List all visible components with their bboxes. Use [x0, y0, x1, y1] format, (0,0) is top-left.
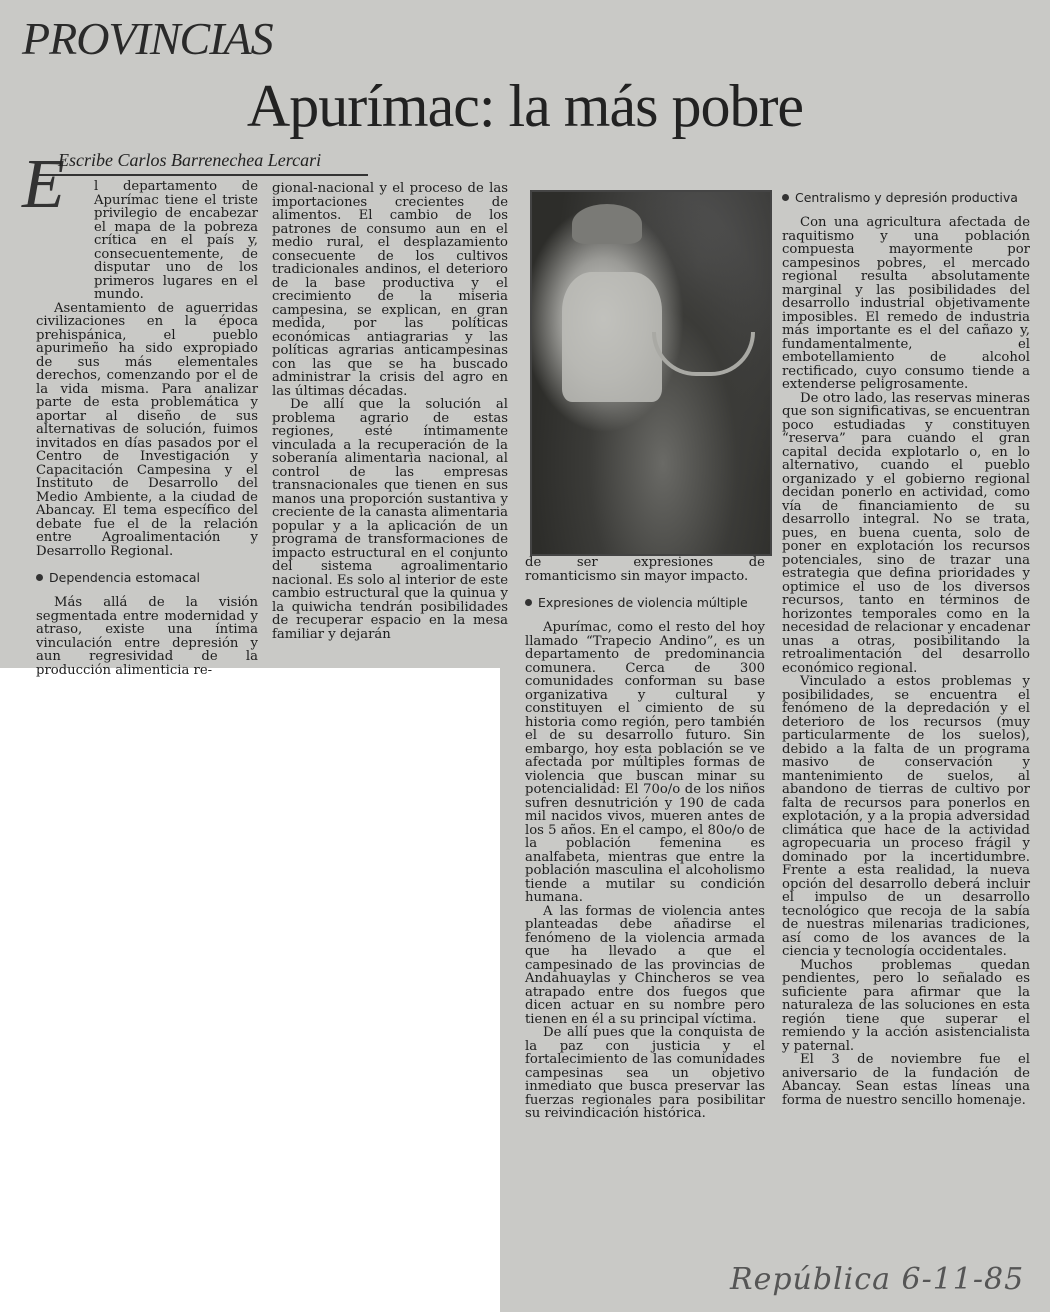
paragraph: de ser expresiones de romanticismo sin m…	[525, 556, 765, 583]
section-label: PROVINCIAS	[22, 12, 273, 65]
paragraph: Vinculado a estos problemas y posibilida…	[782, 675, 1030, 959]
byline-rule	[36, 174, 368, 176]
photo-hat-shape	[572, 204, 642, 244]
paragraph: gional-nacional y el proceso de las impo…	[272, 182, 508, 398]
column-2: gional-nacional y el proceso de las impo…	[272, 182, 508, 641]
photo-figure-shape	[562, 272, 662, 402]
paragraph: De allí que la solución al problema agra…	[272, 398, 508, 641]
subhead: Expresiones de violencia múltiple	[525, 595, 765, 611]
subhead: Dependencia estomacal	[36, 570, 258, 586]
subhead-text: Dependencia estomacal	[49, 570, 200, 585]
paragraph: De allí pues que la conquista de la paz …	[525, 1026, 765, 1121]
headline: Apurímac: la más pobre	[0, 72, 1050, 141]
bullet-icon	[36, 574, 43, 581]
subhead: Centralismo y depresión productiva	[782, 190, 1030, 206]
bullet-icon	[525, 599, 532, 606]
paragraph: Asentamiento de aguerridas civilizacione…	[36, 302, 258, 559]
paragraph: Muchos problemas quedan pendientes, pero…	[782, 959, 1030, 1054]
paragraph: Con una agricultura afectada de raquitis…	[782, 216, 1030, 392]
bullet-icon	[782, 194, 789, 201]
paragraph: El 3 de noviembre fue el aniversario de …	[782, 1053, 1030, 1107]
paragraph: Apurímac, como el resto del hoy llamado …	[525, 621, 765, 905]
photo-bowl-shape	[652, 332, 755, 376]
column-4: Centralismo y depresión productiva Con u…	[782, 190, 1030, 1107]
column-1: l departamento de Apurímac tiene el tris…	[36, 180, 258, 677]
byline: Escribe Carlos Barrenechea Lercari	[58, 150, 321, 171]
paragraph: A las formas de violencia antes plantead…	[525, 905, 765, 1027]
photo-campesino	[530, 190, 772, 556]
subhead-text: Expresiones de violencia múltiple	[538, 595, 748, 610]
paragraph: Más allá de la visión segmentada entre m…	[36, 596, 258, 677]
column-3: de ser expresiones de romanticismo sin m…	[525, 556, 765, 1121]
subhead-text: Centralismo y depresión productiva	[795, 190, 1018, 205]
paragraph: l departamento de Apurímac tiene el tris…	[36, 180, 258, 302]
paragraph: De otro lado, las reservas mineras que s…	[782, 392, 1030, 676]
handwritten-source-note: República 6-11-85	[730, 1262, 1024, 1297]
